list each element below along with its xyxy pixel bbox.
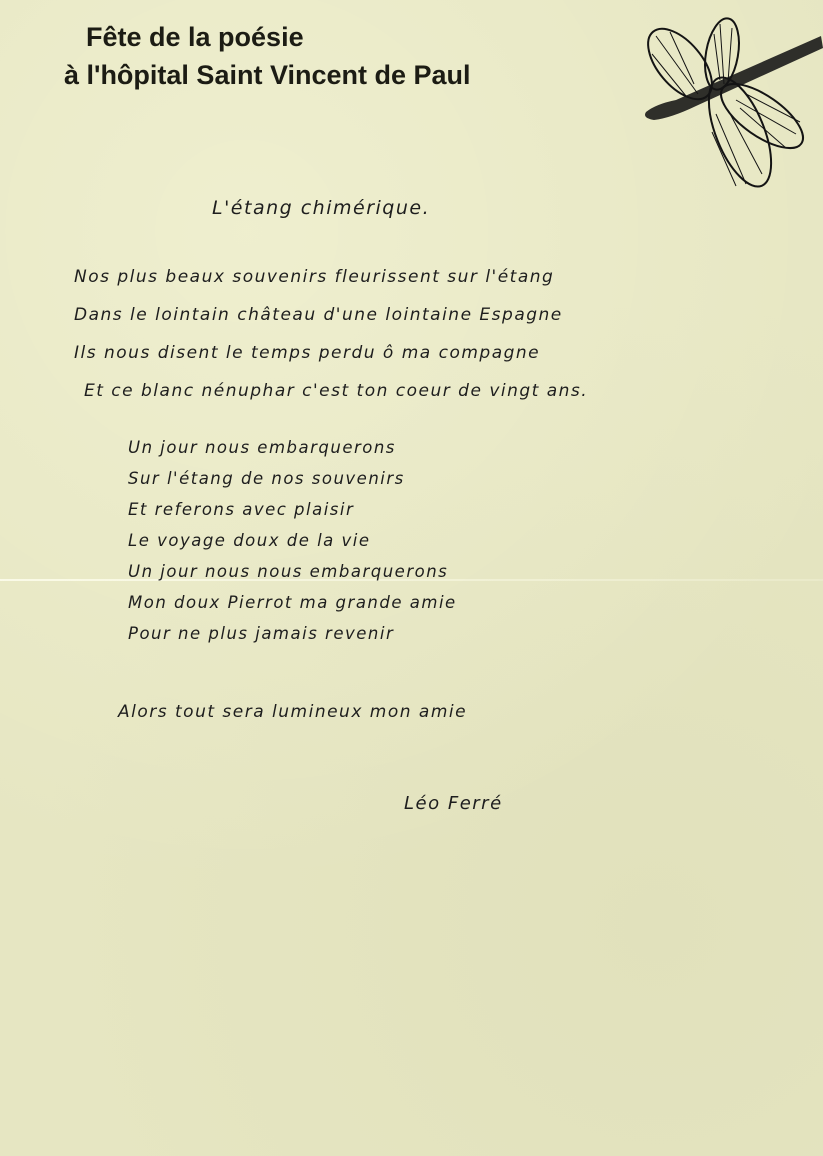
poem-line: Pour ne plus jamais revenir [128,618,457,649]
poem-line: Un jour nous nous embarquerons [128,556,457,587]
header-line-1: Fête de la poésie [64,18,471,56]
poem-line: Le voyage doux de la vie [128,525,457,556]
author-signature: Léo Ferré [404,793,503,814]
poem-line: Et ce blanc nénuphar c'est ton coeur de … [74,372,588,410]
poem-line: Nos plus beaux souvenirs fleurissent sur… [74,258,588,296]
poem-line: Un jour nous embarquerons [128,432,457,463]
poem-title: L'étang chimérique. [212,197,430,219]
poem-line: Sur l'étang de nos souvenirs [128,463,457,494]
event-header: Fête de la poésie à l'hôpital Saint Vinc… [64,18,471,94]
dragonfly-icon [636,14,823,194]
closing-line: Alors tout sera lumineux mon amie [118,702,467,722]
stanza-2: Un jour nous embarquerons Sur l'étang de… [128,432,457,649]
header-line-2: à l'hôpital Saint Vincent de Paul [64,56,471,94]
poem-line: Dans le lointain château d'une lointaine… [74,296,588,334]
poem-line: Ils nous disent le temps perdu ô ma comp… [74,334,588,372]
poem-line: Mon doux Pierrot ma grande amie [128,587,457,618]
stanza-1: Nos plus beaux souvenirs fleurissent sur… [74,258,588,410]
poem-line: Et referons avec plaisir [128,494,457,525]
